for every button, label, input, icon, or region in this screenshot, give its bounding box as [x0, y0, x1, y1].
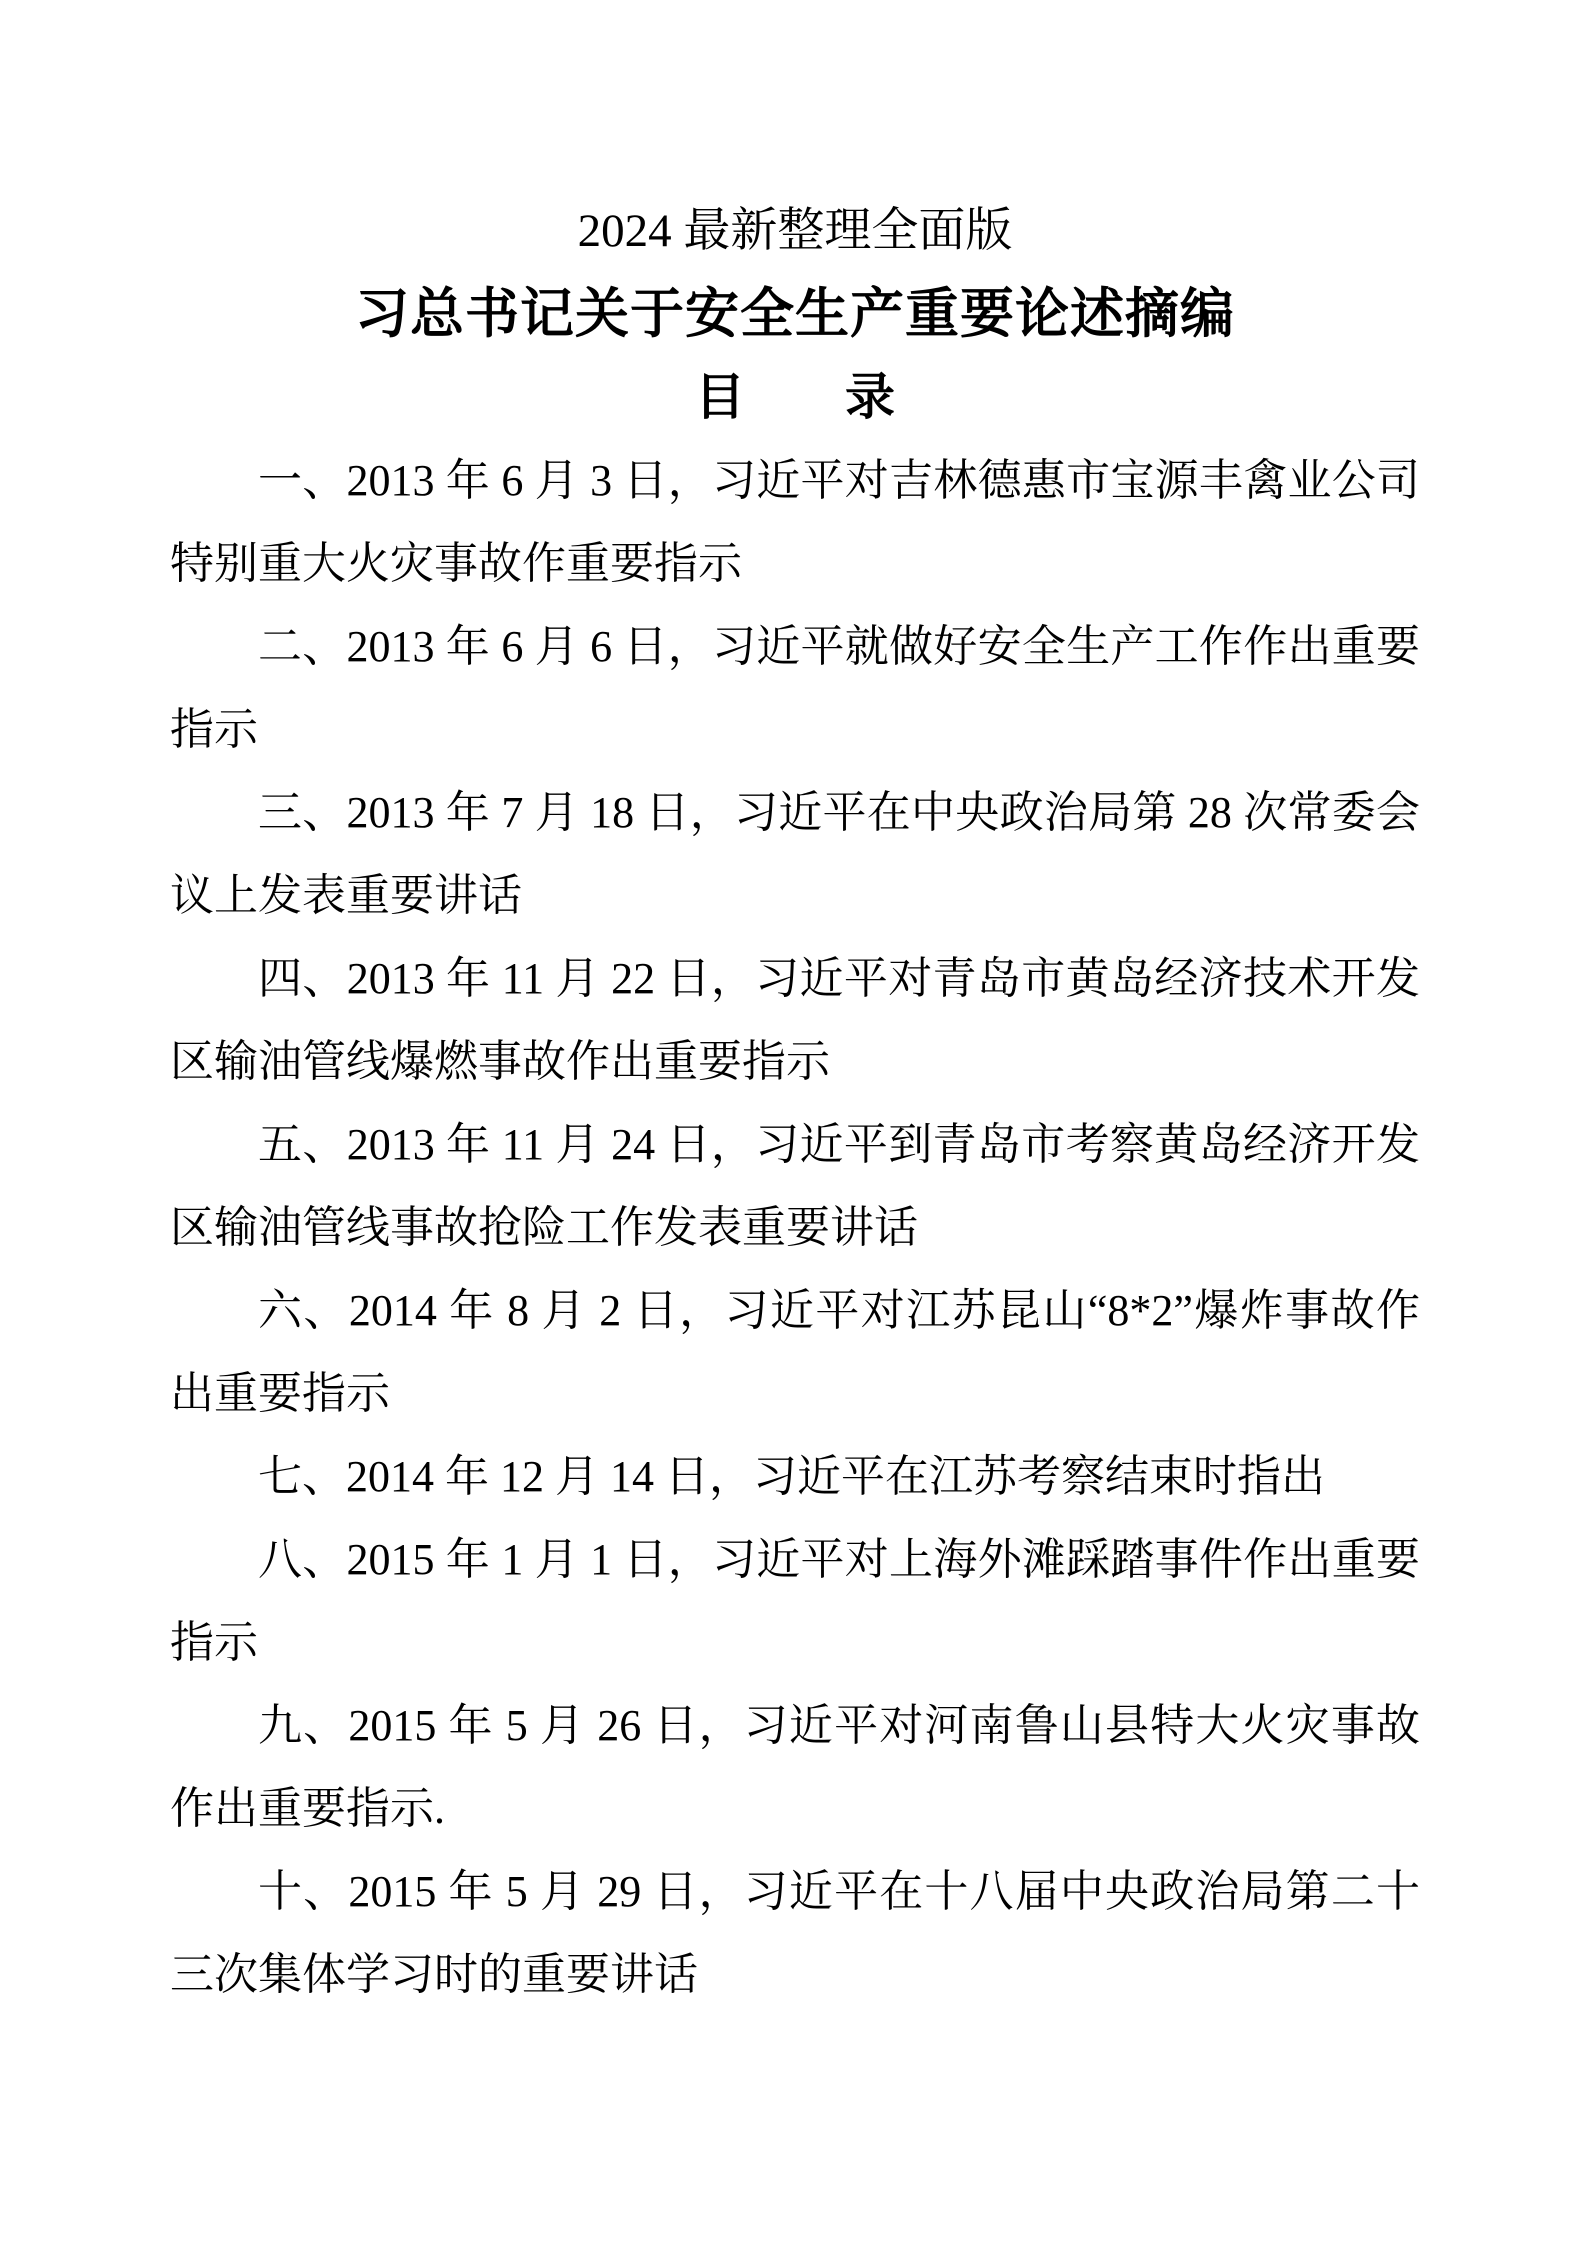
toc-item: 三、2013 年 7 月 18 日，习近平在中央政治局第 28 次常委会议上发表…	[170, 771, 1420, 937]
document-title: 习总书记关于安全生产重要论述摘编	[170, 273, 1420, 356]
toc-list: 一、2013 年 6 月 3 日，习近平对吉林德惠市宝源丰禽业公司特别重大火灾事…	[170, 439, 1420, 2016]
document-page: 2024 最新整理全面版 习总书记关于安全生产重要论述摘编 目 录 一、2013…	[0, 0, 1587, 2245]
toc-item: 十、2015 年 5 月 29 日，习近平在十八届中央政治局第二十三次集体学习时…	[170, 1850, 1420, 2016]
toc-item: 四、2013 年 11 月 22 日，习近平对青岛市黄岛经济技术开发区输油管线爆…	[170, 937, 1420, 1103]
toc-item: 五、2013 年 11 月 24 日，习近平到青岛市考察黄岛经济开发区输油管线事…	[170, 1103, 1420, 1269]
toc-item: 一、2013 年 6 月 3 日，习近平对吉林德惠市宝源丰禽业公司特别重大火灾事…	[170, 439, 1420, 605]
document-subtitle: 2024 最新整理全面版	[170, 190, 1420, 273]
toc-heading: 目 录	[170, 356, 1420, 439]
toc-item: 六、2014 年 8 月 2 日，习近平对江苏昆山“8*2”爆炸事故作出重要指示	[170, 1269, 1420, 1435]
toc-item: 二、2013 年 6 月 6 日，习近平就做好安全生产工作作出重要指示	[170, 605, 1420, 771]
toc-item: 八、2015 年 1 月 1 日，习近平对上海外滩踩踏事件作出重要指示	[170, 1518, 1420, 1684]
toc-item: 七、2014 年 12 月 14 日，习近平在江苏考察结束时指出	[170, 1435, 1420, 1518]
toc-item: 九、2015 年 5 月 26 日，习近平对河南鲁山县特大火灾事故作出重要指示.	[170, 1684, 1420, 1850]
